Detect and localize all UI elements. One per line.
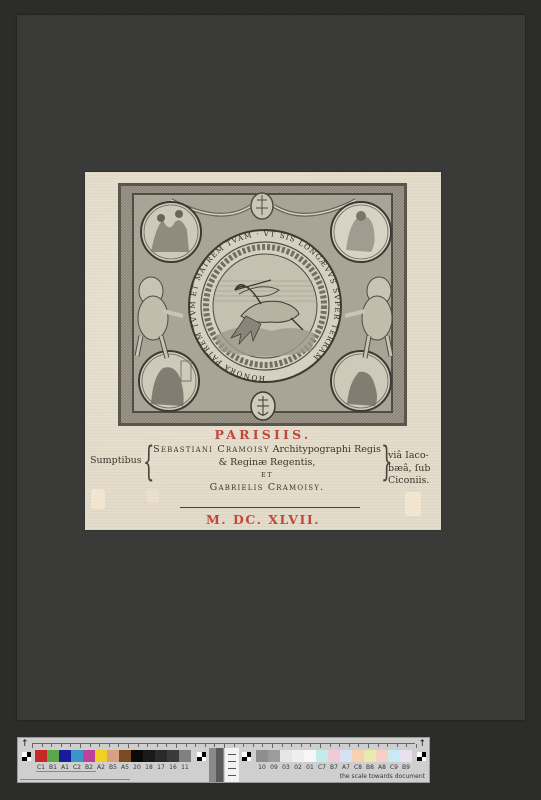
ruler-tick — [301, 744, 302, 747]
checker-icon — [197, 752, 206, 761]
engraved-frontispiece: HONORA PATREM TVVM ET MATREM TVAM · VT S… — [118, 183, 407, 426]
imprint-rule — [180, 507, 360, 508]
color-patch-label: 16 — [168, 764, 179, 771]
color-patch-C1 — [35, 750, 47, 762]
ruler-tick — [253, 744, 254, 747]
color-patch-B2 — [83, 750, 95, 762]
color-patch-11 — [179, 750, 191, 762]
ruler-tick — [272, 744, 273, 748]
color-patch-B7 — [328, 750, 340, 762]
ruler-tick — [339, 744, 340, 747]
ruler-tick — [234, 744, 235, 747]
ruler-tick — [416, 744, 417, 748]
imprint-address: viâ Iaco- bæâ, ſub Ciconiis. — [388, 450, 430, 488]
ruler-tick — [166, 744, 167, 747]
color-patch-label: B5 — [108, 764, 119, 771]
ruler-tick — [99, 744, 100, 747]
printer-line-1: Sebastiani Cramoisy Architypographi Regi… — [147, 444, 387, 457]
color-patch-label: 20 — [132, 764, 143, 771]
color-patch-label: A8 — [377, 764, 388, 771]
color-patch-18 — [143, 750, 155, 762]
ruler-tick — [406, 744, 407, 747]
color-patch-label: 03 — [281, 764, 292, 771]
ruler-tick — [70, 744, 71, 747]
ruler-tick — [90, 744, 91, 747]
ruler-tick — [42, 744, 43, 747]
medallion-bottom-left — [139, 351, 199, 411]
color-patch-B1 — [47, 750, 59, 762]
medallion-top-right — [331, 202, 391, 262]
printer-et: ET — [147, 469, 387, 482]
color-patch-label: C7 — [317, 764, 328, 771]
color-patch-label: 10 — [257, 764, 268, 771]
color-patch-label: 17 — [156, 764, 167, 771]
ruler-tick — [186, 744, 187, 747]
medallion-bottom-right — [331, 351, 391, 411]
imprint-year: M. DC. XLVII. — [85, 512, 441, 527]
color-patch-label: A7 — [341, 764, 352, 771]
ruler-tick — [214, 744, 215, 747]
imprint-printers: Sebastiani Cramoisy Architypographi Regi… — [147, 444, 387, 494]
ruler-tick — [387, 744, 388, 747]
color-patch-A1 — [59, 750, 71, 762]
color-patch-label: 18 — [144, 764, 155, 771]
checker-icon — [242, 752, 251, 761]
ruler-tick — [118, 744, 119, 747]
color-patch-A7 — [340, 750, 352, 762]
ruler-tick — [80, 744, 81, 748]
printer-line-3: Gabrielis Cramoisy. — [147, 482, 387, 495]
engraving-illustration: HONORA PATREM TVVM ET MATREM TVAM · VT S… — [121, 186, 404, 423]
color-patch-label: C1 — [36, 764, 47, 771]
color-patch-label: B2 — [84, 764, 95, 771]
document-sheet: HONORA PATREM TVVM ET MATREM TVAM · VT S… — [85, 172, 441, 530]
color-patch-label: 11 — [180, 764, 191, 771]
ruler-tick — [109, 744, 110, 747]
ruler-tick — [397, 744, 398, 747]
color-patch-17 — [155, 750, 167, 762]
color-patch-09 — [268, 750, 280, 762]
ruler-tick — [378, 744, 379, 747]
ruler-tick — [61, 744, 62, 747]
color-patch-C8 — [352, 750, 364, 762]
checker-icon — [22, 752, 31, 761]
ruler-tick — [243, 744, 244, 747]
calibration-caption: the scale towards document — [340, 773, 425, 780]
color-patch-02 — [292, 750, 304, 762]
ruler-tick — [51, 744, 52, 747]
ruler-tick — [368, 744, 369, 748]
ruler-tick — [157, 744, 158, 747]
up-arrow-icon: ↑ — [21, 739, 29, 749]
color-patch-label: C9 — [389, 764, 400, 771]
color-patch-A2 — [95, 750, 107, 762]
up-arrow-icon: ↑ — [418, 739, 426, 749]
imprint-sumptibus: Sumptibus — [90, 455, 142, 466]
color-patch-03 — [280, 750, 292, 762]
color-patch-01 — [304, 750, 316, 762]
color-patch-16 — [167, 750, 179, 762]
ruler-tick — [320, 744, 321, 748]
ruler-tick — [262, 744, 263, 747]
grey-reference-block — [216, 748, 223, 782]
ruler-tick — [128, 744, 129, 748]
ruler-tick — [138, 744, 139, 747]
ruler-tick — [310, 744, 311, 747]
ruler-tick — [291, 744, 292, 747]
color-patch-B8 — [364, 750, 376, 762]
color-patch-label: A5 — [120, 764, 131, 771]
color-patch-label: A1 — [60, 764, 71, 771]
color-patch-label: B9 — [401, 764, 412, 771]
color-patch-B5 — [107, 750, 119, 762]
ruler-tick — [176, 744, 177, 748]
paper-stain — [91, 489, 105, 509]
color-patch-A8 — [376, 750, 388, 762]
ruler-tick — [195, 744, 196, 747]
color-patch-label: A2 — [96, 764, 107, 771]
color-patch-B9 — [400, 750, 412, 762]
color-calibration-bar: ↑ ↑ C1B1A1C2B2A2B5A52018171611 100903020… — [17, 737, 430, 783]
ruler-tick — [330, 744, 331, 747]
color-patch-20 — [131, 750, 143, 762]
fine-print — [20, 779, 130, 780]
color-patch-10 — [256, 750, 268, 762]
color-patch-C9 — [388, 750, 400, 762]
color-patch-label: B1 — [48, 764, 59, 771]
medallion-top-left — [141, 202, 201, 262]
color-patch-label: C2 — [72, 764, 83, 771]
fine-print — [36, 771, 96, 772]
printer-line-2: & Reginæ Regentis, — [147, 457, 387, 470]
color-patch-label: 02 — [293, 764, 304, 771]
color-patch-C2 — [71, 750, 83, 762]
color-patch-label: 09 — [269, 764, 280, 771]
ruler-tick — [358, 744, 359, 747]
ruler-tick — [282, 744, 283, 747]
white-reference-block — [225, 748, 239, 782]
color-patch-label: C8 — [353, 764, 364, 771]
color-patch-C7 — [316, 750, 328, 762]
color-patch-label: B7 — [329, 764, 340, 771]
color-patch-A5 — [119, 750, 131, 762]
ruler-tick — [32, 744, 33, 748]
color-patch-label: B8 — [365, 764, 376, 771]
ruler-tick — [349, 744, 350, 747]
ruler-tick — [205, 744, 206, 747]
checker-icon — [417, 752, 426, 761]
ruler-tick — [147, 744, 148, 747]
color-patch-label: 01 — [305, 764, 316, 771]
